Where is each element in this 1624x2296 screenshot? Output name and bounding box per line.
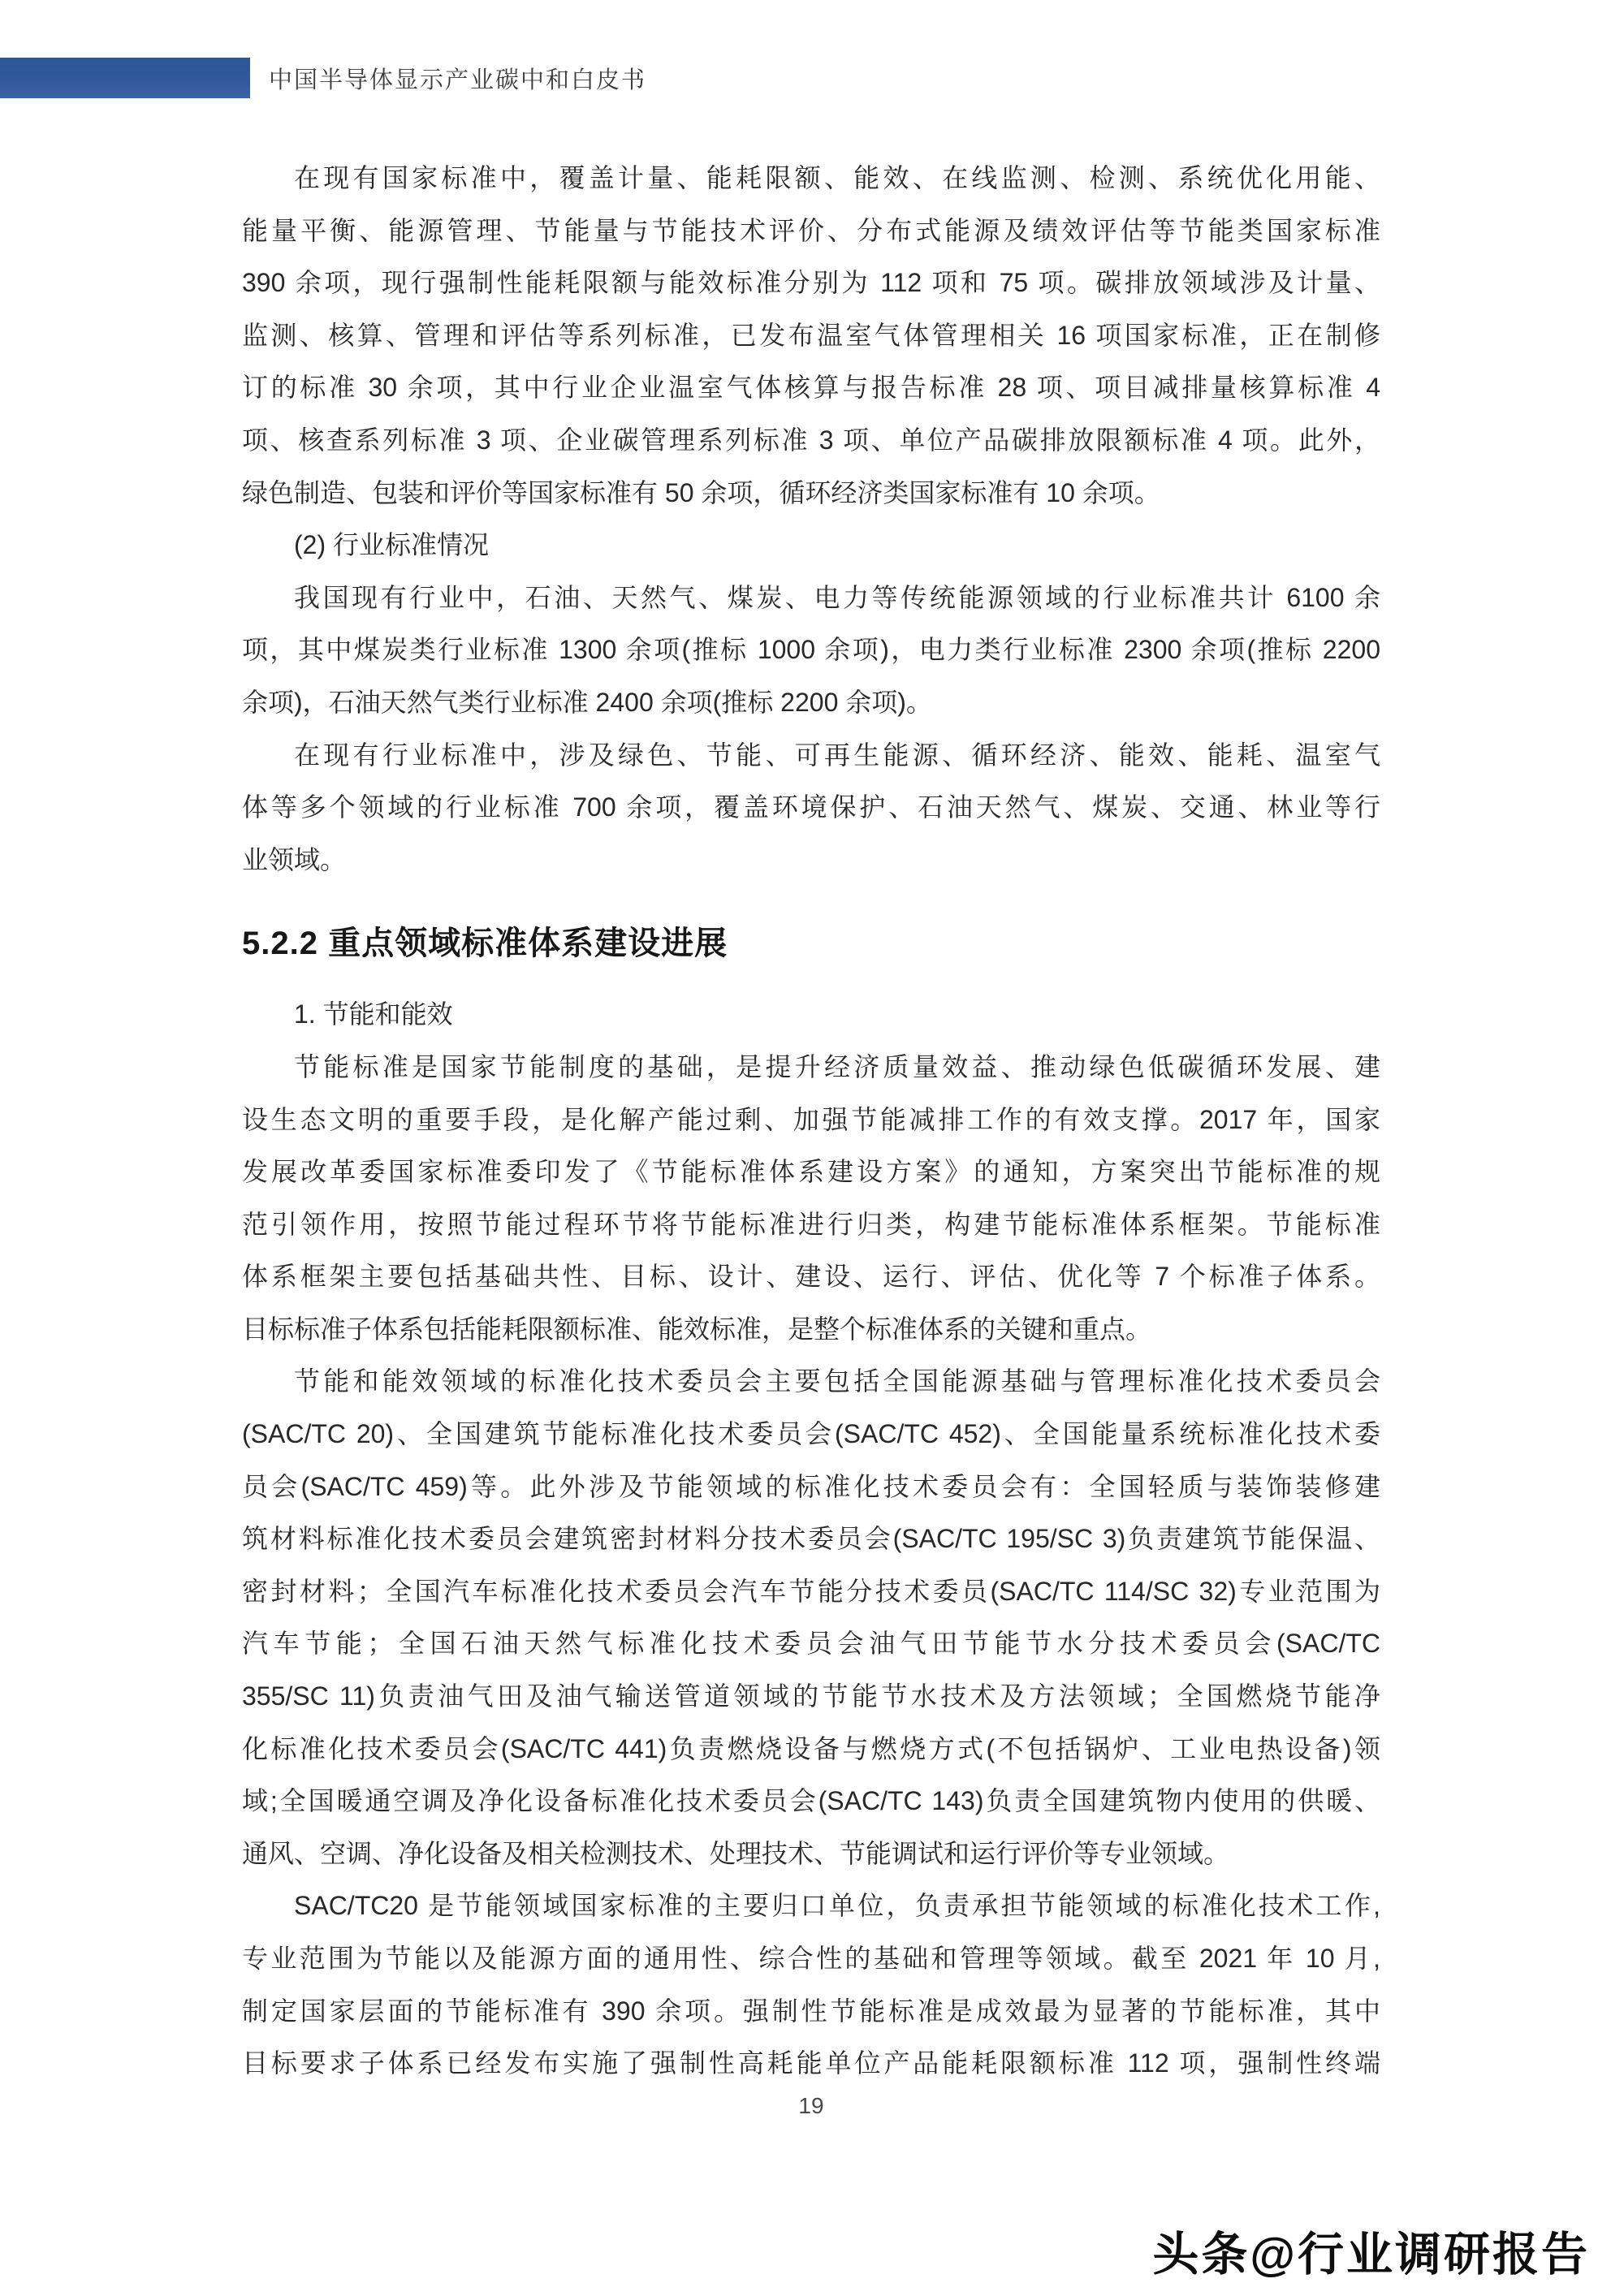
body-text-line: 通风、空调、净化设备及相关检测技术、处理技术、节能调试和运行评价等专业领域。 [242,1828,1380,1880]
body-text-line: 节能和能效领域的标准化技术委员会主要包括全国能源基础与管理标准化技术委员会 [242,1355,1380,1408]
body-text-line: 390 余项，现行强制性能耗限额与能效标准分别为 112 项和 75 项。碳排放… [242,257,1380,309]
body-text-line: 范引领作用，按照节能过程环节将节能标准进行归类，构建节能标准体系框架。节能标准 [242,1198,1380,1251]
body-text-line: 绿色制造、包装和评价等国家标准有 50 余项，循环经济类国家标准有 10 余项。 [242,467,1380,520]
body-text-line: 项，其中煤炭类行业标准 1300 余项(推标 1000 余项)，电力类行业标准 … [242,624,1380,676]
body-text-line: 能量平衡、能源管理、节能量与节能技术评价、分布式能源及绩效评估等节能类国家标准 [242,205,1380,257]
body-text-line: 目标标准子体系包括能耗限额标准、能效标准，是整个标准体系的关键和重点。 [242,1303,1380,1356]
body-text-line: 发展改革委国家标准委印发了《节能标准体系建设方案》的通知，方案突出节能标准的规 [242,1146,1380,1198]
body-text-line: 专业范围为节能以及能源方面的通用性、综合性的基础和管理等领域。截至 2021 年… [242,1932,1380,1985]
body-text-line: 筑材料标准化技术委员会建筑密封材料分技术委员会(SAC/TC 195/SC 3)… [242,1513,1380,1565]
body-text-line: 节能标准是国家节能制度的基础，是提升经济质量效益、推动绿色低碳循环发展、建 [242,1041,1380,1094]
body-text-line: 域;全国暖通空调及净化设备标准化技术委员会(SAC/TC 143)负责全国建筑物… [242,1775,1380,1828]
body-text-line: 余项)，石油天然气类行业标准 2400 余项(推标 2200 余项)。 [242,676,1380,729]
body-text-line: 化标准化技术委员会(SAC/TC 441)负责燃烧设备与燃烧方式(不包括锅炉、工… [242,1723,1380,1776]
body-text-line: 制定国家层面的节能标准有 390 余项。强制性节能标准是成效最为显著的节能标准，… [242,1985,1380,2038]
body-text-line: 密封材料；全国汽车标准化技术委员会汽车节能分技术委员(SAC/TC 114/SC… [242,1565,1380,1618]
body-text-line: 在现有行业标准中，涉及绿色、节能、可再生能源、循环经济、能效、能耗、温室气 [242,729,1380,782]
document-page: 中国半导体显示产业碳中和白皮书 在现有国家标准中，覆盖计量、能耗限额、能效、在线… [0,0,1624,2296]
body-text-line: 我国现有行业中，石油、天然气、煤炭、电力等传统能源领域的行业标准共计 6100 … [242,572,1380,624]
body-text-line: 汽车节能；全国石油天然气标准化技术委员会油气田节能节水分技术委员会(SAC/TC [242,1617,1380,1670]
body-text-line: 监测、核算、管理和评估等系列标准，已发布温室气体管理相关 16 项国家标准，正在… [242,309,1380,362]
body-text-line: 设生态文明的重要手段，是化解产能过剩、加强节能减排工作的有效支撑。2017 年，… [242,1094,1380,1146]
body-text-line: 项、核查系列标准 3 项、企业碳管理系列标准 3 项、单位产品碳排放限额标准 4… [242,414,1380,467]
document-header-title: 中国半导体显示产业碳中和白皮书 [269,58,646,98]
body-text-line: 订的标准 30 余项，其中行业企业温室气体核算与报告标准 28 项、项目减排量核… [242,361,1380,414]
body-text-line: 355/SC 11)负责油气田及油气输送管道领域的节能节水技术及方法领域；全国燃… [242,1670,1380,1723]
header-accent-bar [0,58,250,98]
page-number: 19 [242,2093,1380,2119]
section-heading: 5.2.2 重点领域标准体系建设进展 [242,915,1380,972]
body-text-line: 员会(SAC/TC 459)等。此外涉及节能领域的标准化技术委员会有：全国轻质与… [242,1461,1380,1513]
body-text-line: 体系框架主要包括基础共性、目标、设计、建设、运行、评估、优化等 7 个标准子体系… [242,1250,1380,1303]
list-item-heading: 1. 节能和能效 [242,988,1380,1041]
body-text-line: 业领域。 [242,834,1380,887]
body-text-line: (2) 行业标准情况 [242,519,1380,572]
body-text-line: (SAC/TC 20)、全国建筑节能标准化技术委员会(SAC/TC 452)、全… [242,1408,1380,1461]
body-text-line: 在现有国家标准中，覆盖计量、能耗限额、能效、在线监测、检测、系统优化用能、 [242,152,1380,205]
body-text-line: 目标要求子体系已经发布实施了强制性高耗能单位产品能耗限额标准 112 项，强制性… [242,2037,1380,2090]
body-text-column: 在现有国家标准中，覆盖计量、能耗限额、能效、在线监测、检测、系统优化用能、 能量… [242,152,1380,2090]
body-text-line: 体等多个领域的行业标准 700 余项，覆盖环境保护、石油天然气、煤炭、交通、林业… [242,781,1380,834]
watermark: 头条@行业调研报告 [1152,2217,1590,2284]
body-text-line: SAC/TC20 是节能领域国家标准的主要归口单位，负责承担节能领域的标准化技术… [242,1880,1380,1932]
